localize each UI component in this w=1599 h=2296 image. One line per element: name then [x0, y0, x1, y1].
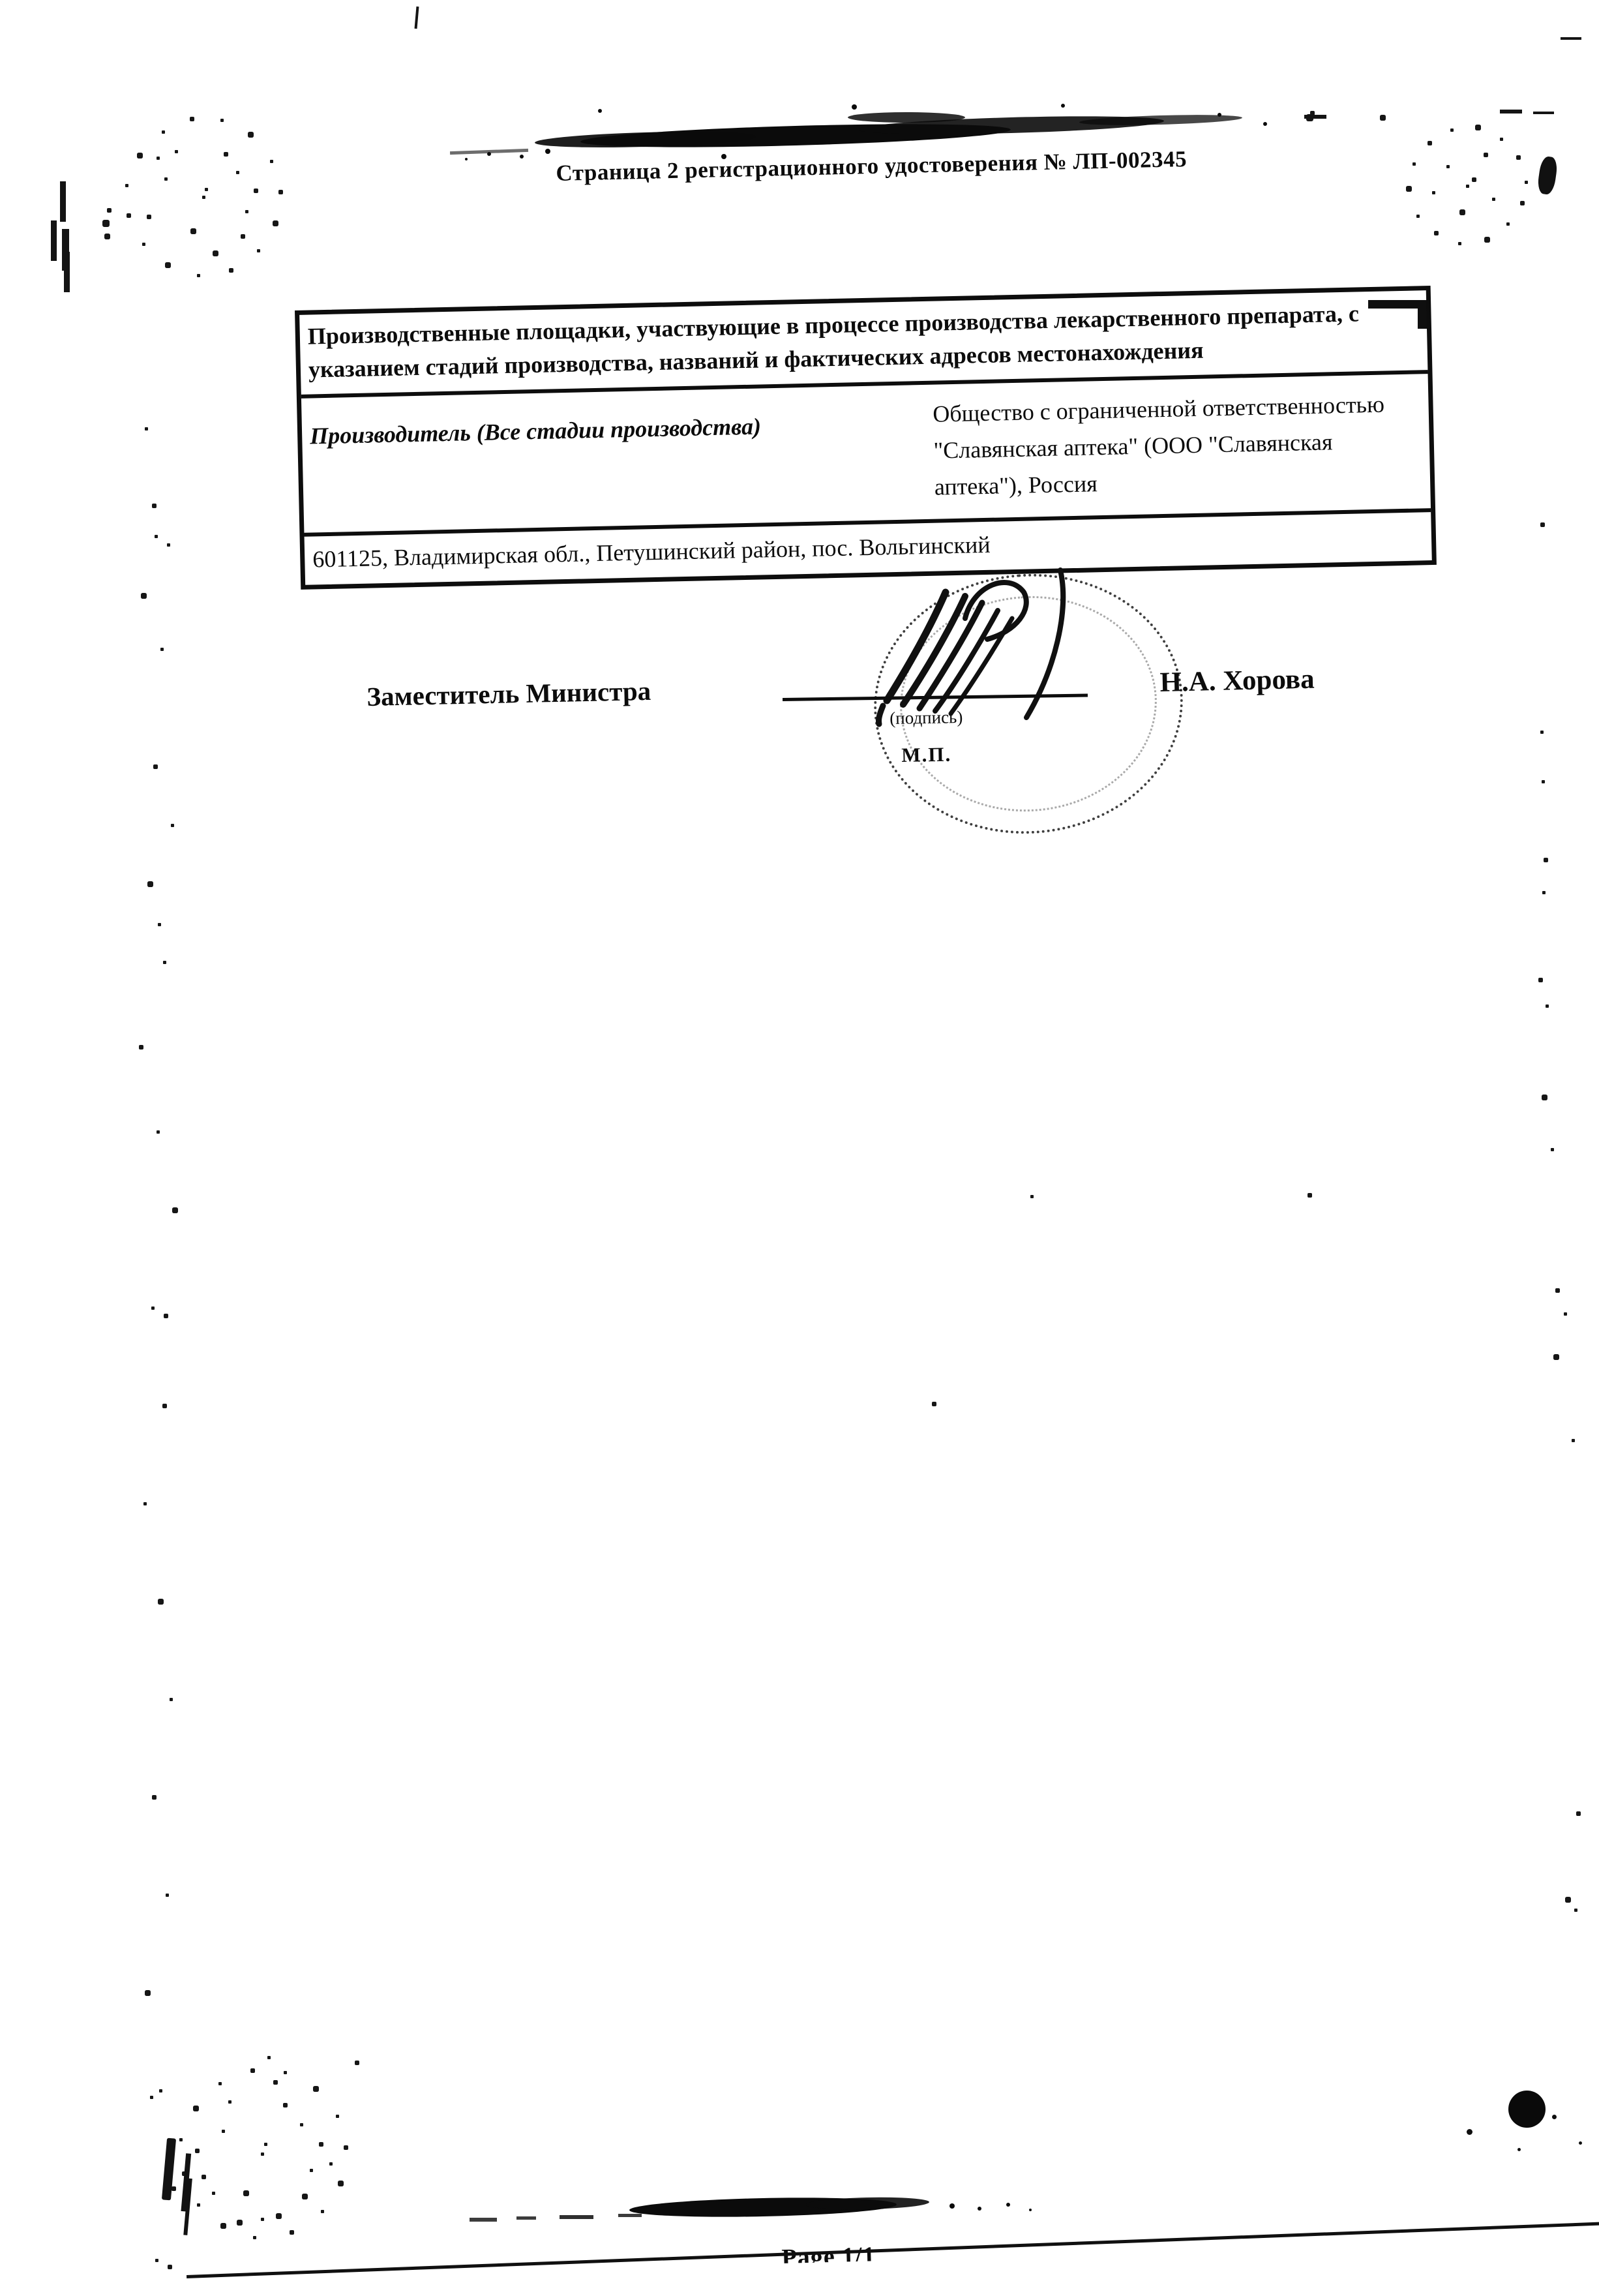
- producer-label-cell: Производитель (Все стадии производства): [301, 385, 935, 532]
- producer-value-cell: Общество с ограниченной ответственностью…: [932, 374, 1431, 519]
- scan-artifact-top-tick: [415, 7, 419, 29]
- scan-artifact-stamp-bottom-left: [261, 2152, 264, 2156]
- scan-artifact-ink-dot: [1508, 2091, 1546, 2128]
- table-row-producer: Производитель (Все стадии производства) …: [301, 374, 1431, 536]
- seal-placeholder-label: М.П.: [901, 743, 951, 767]
- scan-artifact-right-blob: [1536, 155, 1559, 195]
- scan-artifact-stamp-top-left: [202, 196, 205, 199]
- scan-artifact-left-margin-specks: [145, 427, 148, 430]
- signature-caption: (подпись): [889, 707, 963, 729]
- scan-artifact-left-edge-mark: [51, 220, 57, 261]
- signatory-name: Н.А. Хорова: [1159, 663, 1315, 699]
- scan-artifact-bottom-line: [187, 2222, 1599, 2278]
- signatory-position: Заместитель Министра: [366, 675, 651, 712]
- scan-artifact-stamp-top-right: [1466, 185, 1469, 188]
- scan-artifact-right-margin-specks: [1540, 731, 1544, 734]
- scan-artifact-bottom-left-bar: [162, 2138, 176, 2201]
- scanned-certificate-page: Страница 2 регистрационного удостоверени…: [0, 0, 1599, 2296]
- scan-artifact-bottom-smudge: [456, 2190, 1043, 2229]
- registration-table: Производственные площадки, участвующие в…: [295, 286, 1437, 590]
